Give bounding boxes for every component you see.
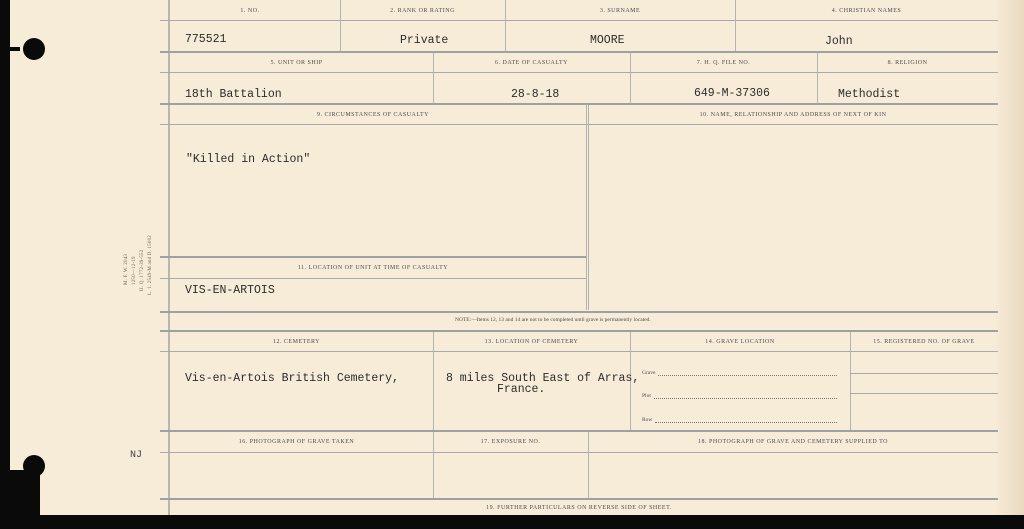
plot-number-line: Plot xyxy=(642,392,837,399)
label-surname: 3. SURNAME xyxy=(505,8,735,14)
rule xyxy=(160,20,998,21)
grave-number-line: Grave xyxy=(642,369,837,376)
label-photo-taken: 16. PHOTOGRAPH OF GRAVE TAKEN xyxy=(160,439,433,445)
value-date-of-casualty: 28-8-18 xyxy=(511,88,559,101)
rule xyxy=(160,103,998,105)
label-photo-supplied-to: 18. PHOTOGRAPH OF GRAVE AND CEMETERY SUP… xyxy=(588,439,998,445)
label-next-of-kin: 10. NAME, RELATIONSHIP AND ADDRESS OF NE… xyxy=(588,112,998,118)
row-label: Row xyxy=(642,417,652,423)
label-cemetery: 12. CEMETERY xyxy=(160,339,433,345)
divider xyxy=(588,105,589,310)
grave-label: Grave xyxy=(642,370,655,376)
print-code: 1250—12-19 xyxy=(132,256,137,285)
binder-hole-stem xyxy=(0,47,20,51)
label-unit: 5. UNIT OR SHIP xyxy=(160,60,433,66)
rule xyxy=(160,51,998,53)
rule xyxy=(160,452,998,453)
value-no: 775521 xyxy=(185,33,226,46)
clerk-initials: NJ xyxy=(130,450,142,461)
rule xyxy=(160,351,998,352)
rule xyxy=(160,72,998,73)
value-surname: MOORE xyxy=(590,34,625,47)
label-hq-file-no: 7. H. Q. FILE NO. xyxy=(630,60,817,66)
label-circumstances: 9. CIRCUMSTANCES OF CASUALTY xyxy=(160,112,586,118)
value-hq-file-no: 649-M-37306 xyxy=(694,87,770,100)
label-religion: 8. RELIGION xyxy=(817,60,998,66)
label-location-of-unit: 11. LOCATION OF UNIT AT TIME OF CASUALTY xyxy=(160,265,586,271)
print-code: M. F. W. 2043 xyxy=(124,254,129,285)
label-rank: 2. RANK OR RATING xyxy=(340,8,505,14)
value-circumstances: "Killed in Action" xyxy=(186,153,310,166)
divider xyxy=(586,105,587,310)
rule xyxy=(160,311,998,313)
rule xyxy=(850,393,998,394)
value-rank: Private xyxy=(400,34,448,47)
value-cemetery: Vis-en-Artois British Cemetery, xyxy=(185,372,399,385)
print-code: H. Q. 1772-39-552 xyxy=(140,250,145,291)
print-code: L. 1. 2549-M and D. 15002 xyxy=(148,235,153,295)
casualty-record-card: M. F. W. 2043 1250—12-19 H. Q. 1772-39-5… xyxy=(10,0,1024,515)
label-grave-location: 14. GRAVE LOCATION xyxy=(630,339,850,345)
label-christian-names: 4. CHRISTIAN NAMES xyxy=(735,8,998,14)
completion-note: NOTE:—Items 12, 13 and 14 are not to be … xyxy=(455,317,651,323)
value-unit: 18th Battalion xyxy=(185,88,282,101)
row-number-line: Row xyxy=(642,416,837,423)
value-christian-names: John xyxy=(825,35,853,48)
value-religion: Methodist xyxy=(838,88,900,101)
rule xyxy=(160,498,998,500)
footer-note: 19. FURTHER PARTICULARS ON REVERSE SIDE … xyxy=(160,505,998,511)
value-cemetery-location-line2: France. xyxy=(497,383,545,396)
margin-print-codes: M. F. W. 2043 1250—12-19 H. Q. 1772-39-5… xyxy=(122,215,166,295)
rule xyxy=(160,330,998,332)
value-location-of-unit: VIS-EN-ARTOIS xyxy=(185,284,275,297)
rule xyxy=(850,373,998,374)
divider xyxy=(433,332,434,430)
label-cemetery-location: 13. LOCATION OF CEMETERY xyxy=(433,339,630,345)
rule xyxy=(160,124,998,125)
label-no: 1. NO. xyxy=(160,8,340,14)
torn-corner xyxy=(10,470,40,529)
rule xyxy=(160,430,998,432)
binder-hole-top xyxy=(23,38,45,60)
plot-label: Plot xyxy=(642,393,651,399)
rule xyxy=(160,278,586,279)
label-registered-no: 15. REGISTERED NO. OF GRAVE xyxy=(850,339,998,345)
label-date-of-casualty: 6. DATE OF CASUALTY xyxy=(433,60,630,66)
divider xyxy=(850,332,851,430)
label-exposure-no: 17. EXPOSURE NO. xyxy=(433,439,588,445)
rule xyxy=(160,256,586,258)
